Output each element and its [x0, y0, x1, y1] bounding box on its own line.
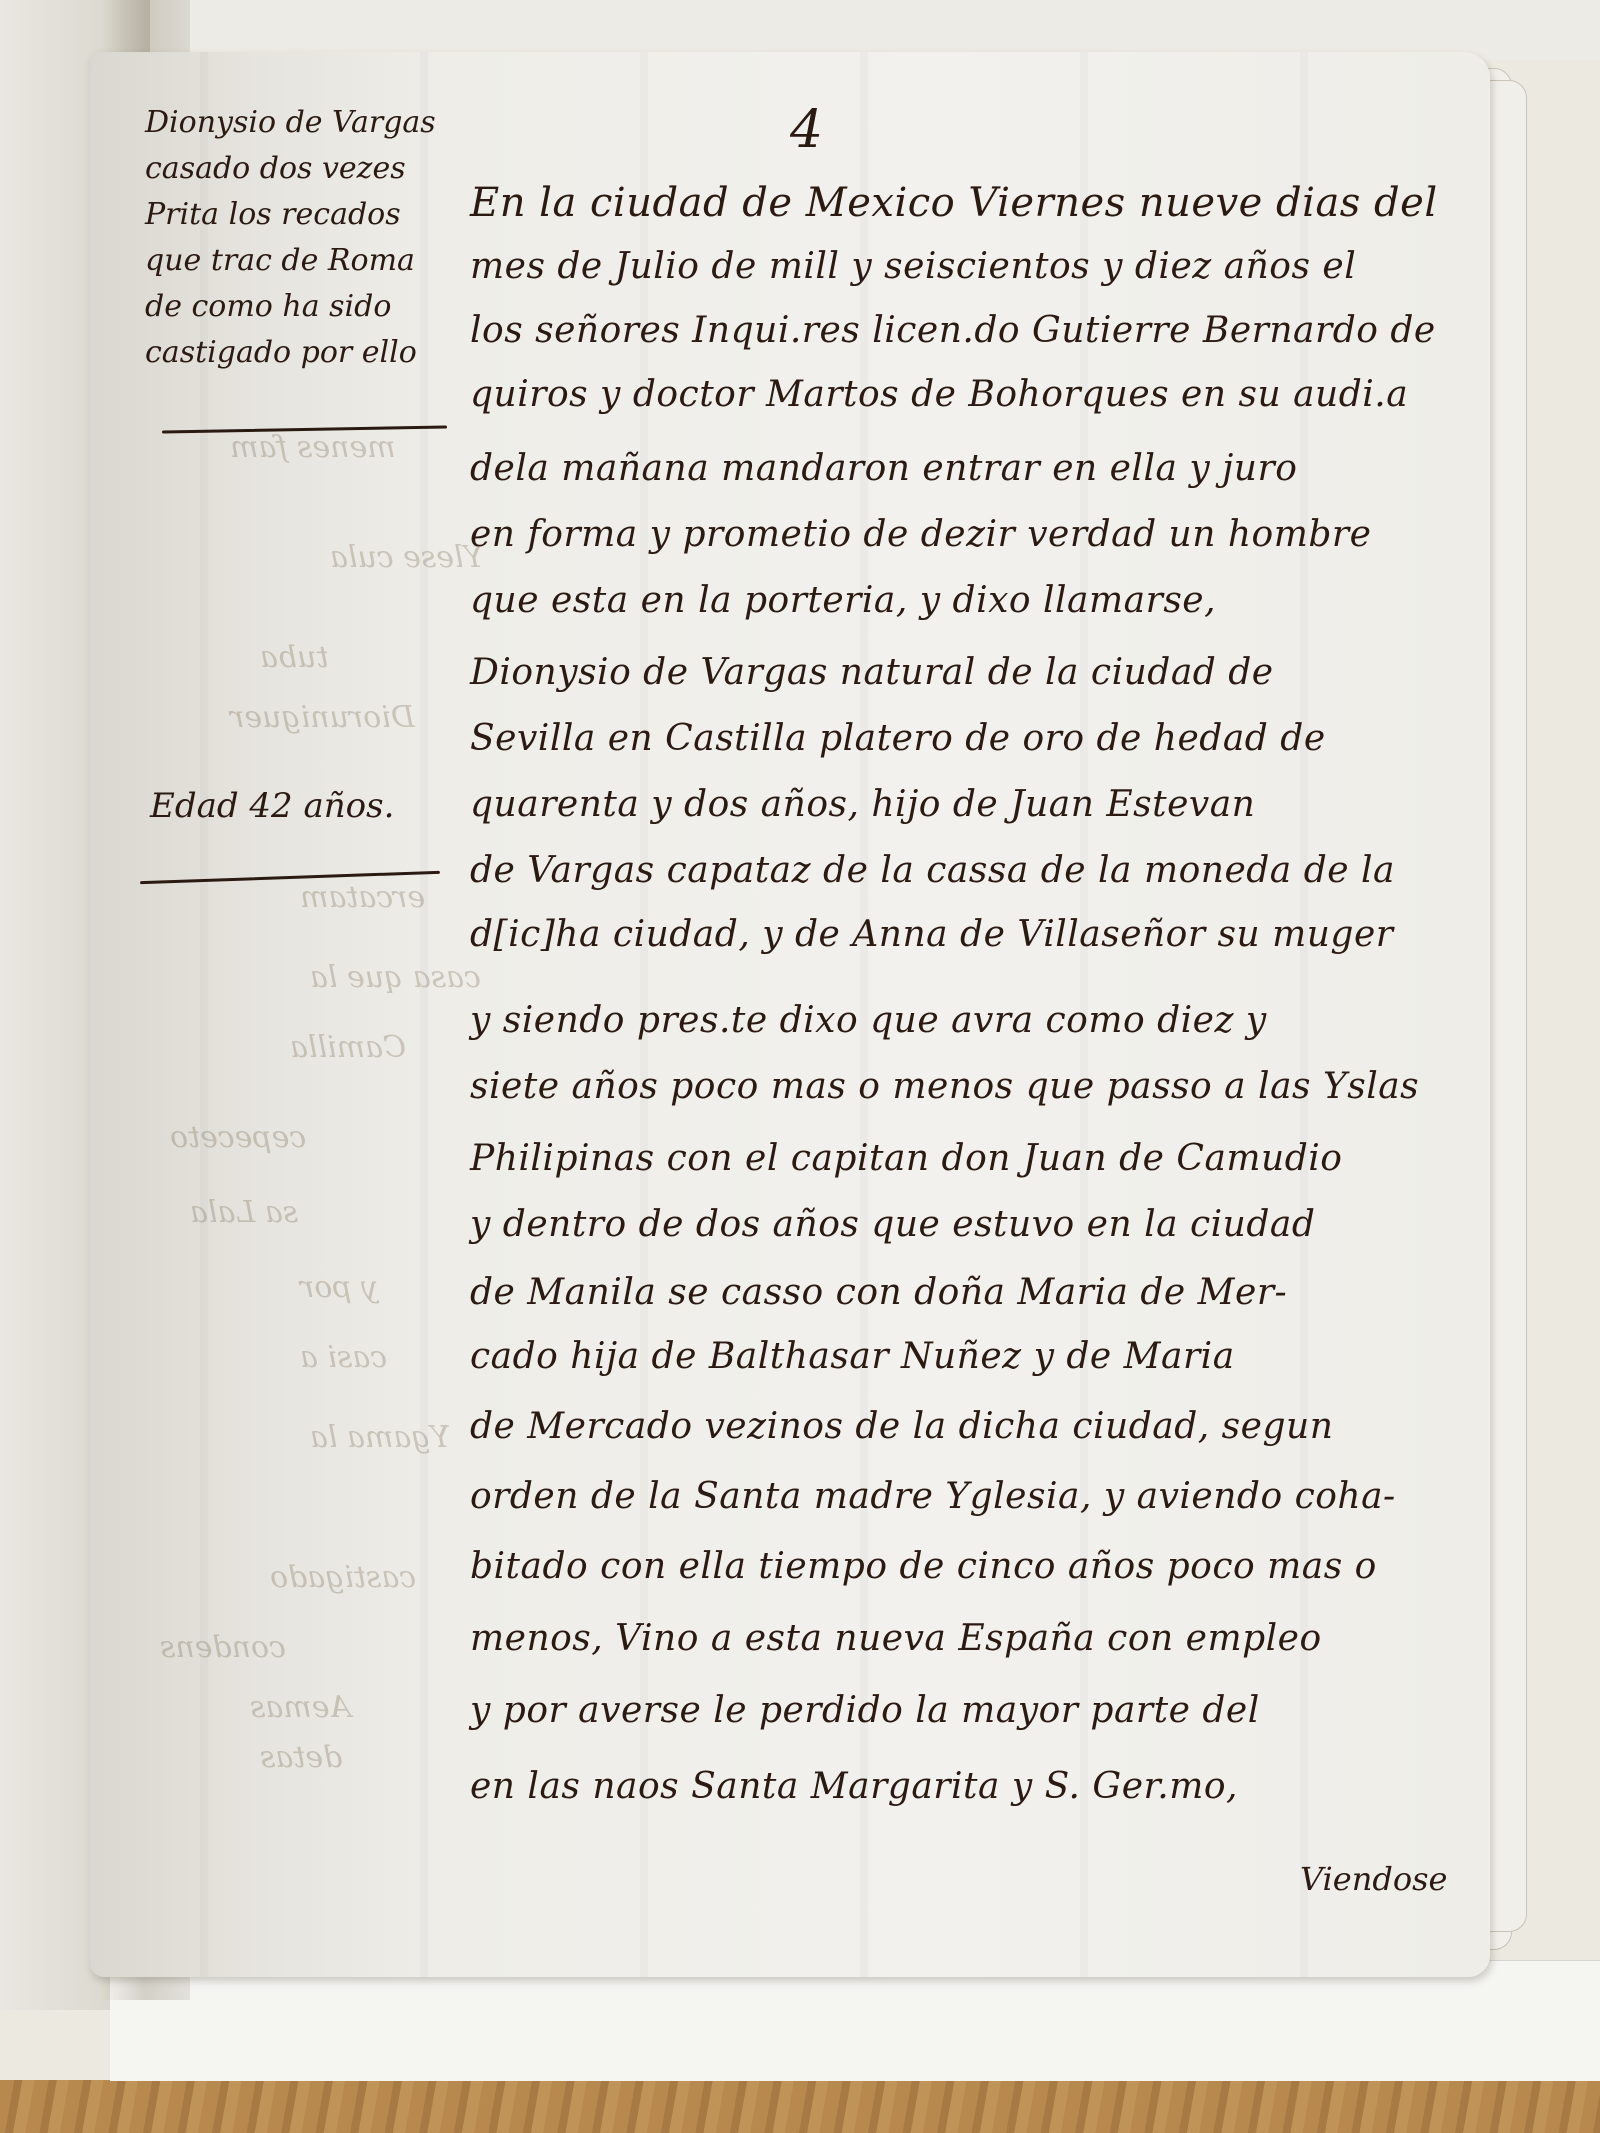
- bleed-through-text: ercatam: [300, 880, 425, 915]
- body-line: y siendo pres.te dixo que avra como diez…: [470, 1000, 1267, 1041]
- body-line: Philipinas con el capitan don Juan de Ca…: [470, 1138, 1342, 1179]
- bleed-through-text: Ygama la: [310, 1420, 450, 1455]
- bleed-through-text: Camilla: [290, 1030, 406, 1065]
- bleed-through-text: y por: [300, 1270, 378, 1305]
- bleed-through-text: sa Lala: [190, 1195, 298, 1230]
- body-line: d[ic]ha ciudad, y de Anna de Villaseñor …: [470, 914, 1394, 955]
- body-line: de Mercado vezinos de la dicha ciudad, s…: [470, 1406, 1333, 1447]
- body-line: los señores Inqui.res licen.do Gutierre …: [470, 310, 1436, 351]
- body-line: de Manila se casso con doña Maria de Mer…: [470, 1272, 1287, 1313]
- body-line: dela mañana mandaron entrar en ella y ju…: [470, 448, 1297, 489]
- body-line: mes de Julio de mill y seiscientos y die…: [470, 246, 1356, 287]
- bleed-through-text: Dioruniguer: [230, 700, 415, 735]
- body-line: bitado con ella tiempo de cinco años poc…: [470, 1546, 1377, 1587]
- body-line: y dentro de dos años que estuvo en la ci…: [470, 1204, 1315, 1245]
- body-line: y por averse le perdido la mayor parte d…: [470, 1690, 1260, 1731]
- body-line: de Vargas capataz de la cassa de la mone…: [470, 850, 1395, 891]
- bleed-through-text: tuba: [260, 640, 328, 675]
- body-line: cado hija de Balthasar Nuñez y de Maria: [470, 1336, 1235, 1377]
- body-line: Dionysio de Vargas natural de la ciudad …: [470, 652, 1274, 693]
- body-line: siete años poco mas o menos que passo a …: [470, 1066, 1419, 1107]
- folder-backing-sheet: [110, 1960, 1600, 2081]
- bleed-through-text: menes fam: [230, 430, 396, 465]
- margin-note-line: de como ha sido: [145, 284, 391, 330]
- body-line: quiros y doctor Martos de Bohorques en s…: [470, 374, 1408, 415]
- bleed-through-text: casa que la: [310, 960, 481, 995]
- bleed-through-text: Ylese cula: [330, 540, 483, 575]
- body-line: En la ciudad de Mexico Viernes nueve dia…: [470, 180, 1438, 226]
- bleed-through-text: casi a: [300, 1340, 387, 1375]
- body-line: menos, Vino a esta nueva España con empl…: [470, 1618, 1322, 1659]
- bleed-through-text: condens: [160, 1630, 286, 1665]
- body-line: que esta en la porteria, y dixo llamarse…: [470, 580, 1216, 621]
- margin-note-line: castigado por ello: [145, 330, 417, 376]
- age-margin-note: Edad 42 años.: [150, 786, 394, 826]
- body-line: en forma y prometio de dezir verdad un h…: [470, 514, 1371, 555]
- bleed-through-text: cepeceto: [170, 1120, 306, 1155]
- background-wall: [150, 0, 1600, 60]
- body-line: en las naos Santa Margarita y S. Ger.mo,: [470, 1766, 1238, 1807]
- margin-note-line: que trac de Roma: [145, 238, 415, 284]
- catchword: Viendose: [1300, 1860, 1447, 1898]
- bleed-through-text: Aemas: [250, 1690, 351, 1725]
- body-line: orden de la Santa madre Yglesia, y avien…: [470, 1476, 1396, 1517]
- bleed-through-text: castigado: [270, 1560, 416, 1595]
- bleed-through-text: detas: [260, 1740, 342, 1775]
- margin-note-line: Dionysio de Vargas: [145, 100, 436, 146]
- margin-note-line: Prita los recados: [145, 192, 401, 238]
- margin-note-line: casado dos vezes: [145, 146, 406, 192]
- folio-number: 4: [790, 100, 823, 160]
- body-line: Sevilla en Castilla platero de oro de he…: [470, 718, 1326, 759]
- body-line: quarenta y dos años, hijo de Juan Esteva…: [470, 784, 1255, 825]
- wooden-table: [0, 2080, 1600, 2133]
